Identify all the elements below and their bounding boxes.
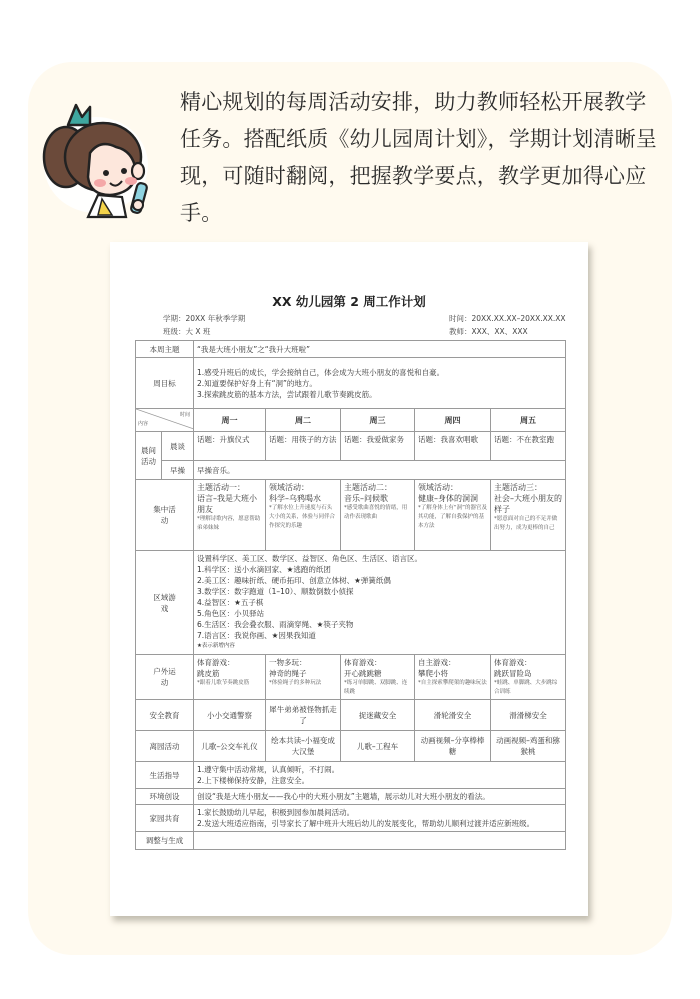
teacher-label: 教师：XXX、XX、XXX [449,325,566,338]
activity-type: 主题活动二： [344,482,411,493]
life-row: 生活指导 1.遵守集中活动常规，认真倾听，不打闹。 2.上下楼梯保持安静，注意安… [136,762,566,789]
departure-label: 离园活动 [136,731,194,762]
activity-type: 自主游戏： [418,657,487,668]
exercise-value: 早操音乐。 [194,461,566,480]
area-line: 7.语言区：我说你画、★因果我知道 [197,630,562,641]
activity-note: *感受歌曲喜悦的情绪，用动作表现歌曲 [344,504,411,522]
activity-note: *自主探索攀爬架的趣味玩法 [418,679,487,688]
focus-cell: 主题活动二：音乐–问候歌*感受歌曲喜悦的情绪，用动作表现歌曲 [341,480,415,551]
life-value: 1.遵守集中活动常规，认真倾听，不打闹。 2.上下楼梯保持安静，注意安全。 [194,762,566,789]
focus-cell: 领域活动：科学–乌鸦喝水*了解水位上升速度与石头大小的关系，体验与同伴合作探究的… [266,480,341,551]
theme-label: 本周主题 [136,341,194,358]
talk-label: 晨谈 [162,432,194,461]
activity-title: 开心跳跳糖 [344,668,411,679]
corner-cell: 时间 内容 [136,409,194,432]
day-header: 周四 [415,409,491,432]
activity-title: 跳皮筋 [197,668,262,679]
focus-cell: 领域活动：健康–身体的洞洞*了解身体上有“洞”的器官及其功能，了解自我保护的基本… [415,480,491,551]
departure-cell: 动画视频–鸡蛋和猕猴桃 [491,731,566,762]
departure-cell: 儿歌–公交车礼仪 [194,731,266,762]
goals-value: 1.感受升班后的成长，学会接纳自己，体会成为大班小朋友的喜悦和自豪。 2.知道要… [194,358,566,409]
area-row: 区域游戏 设置科学区、美工区、数学区、益智区、角色区、生活区、语言区。 1.科学… [136,551,566,655]
life-label: 生活指导 [136,762,194,789]
talk-cell: 话题：用筷子的方法 [266,432,341,461]
activity-title: 科学–乌鸦喝水 [269,493,337,504]
area-line: 5.角色区：小贝驿站 [197,608,562,619]
outdoor-label: 户外运动 [136,655,194,700]
home-value: 1.家长鼓励幼儿早起，积极到园参加晨间活动。 2.发送大班适应指南，引导家长了解… [194,805,566,832]
meta-left: 学期：20XX 年秋季学期 班级：大 X 班 [163,312,245,338]
weekly-plan-document: XX 幼儿园第 2 周工作计划 学期：20XX 年秋季学期 班级：大 X 班 时… [110,242,588,916]
activity-type: 主题活动一： [197,482,262,493]
area-line: 2.美工区：趣味折纸、硬币拓印、创意立体树、★弹簧纸偶 [197,575,562,586]
activity-note: *了解身体上有“洞”的器官及其功能，了解自我保护的基本方法 [418,504,487,531]
outdoor-cell: 体育游戏：跳跃冒险岛*蛙跳、单脚跳、大步跳综合训练 [491,655,566,700]
safety-label: 安全教育 [136,700,194,731]
area-line: 6.生活区：我会叠衣服、雨滴穿绳、★筷子夹物 [197,619,562,630]
day-header: 周三 [341,409,415,432]
home-item: 1.家长鼓励幼儿早起，积极到园参加晨间活动。 [197,807,562,818]
home-label: 家园共育 [136,805,194,832]
goal-item: 1.感受升班后的成长，学会接纳自己，体会成为大班小朋友的喜悦和自豪。 [197,367,562,378]
talk-cell: 话题：我爱做家务 [341,432,415,461]
activity-note: *练习单脚跳、双脚跳、连续跳 [344,679,411,697]
activity-type: 主题活动三： [494,482,562,493]
home-item: 2.发送大班适应指南，引导家长了解中班升大班后幼儿的发展变化，帮助幼儿顺利过渡并… [197,818,562,829]
focus-cell: 主题活动三：社会–大班小朋友的样子*愿意面对自己的不足并做出努力，成为更棒的自己 [491,480,566,551]
day-header-row: 时间 内容 周一 周二 周三 周四 周五 [136,409,566,432]
area-line: 设置科学区、美工区、数学区、益智区、角色区、生活区、语言区。 [197,553,562,564]
goals-row: 周目标 1.感受升班后的成长，学会接纳自己，体会成为大班小朋友的喜悦和自豪。 2… [136,358,566,409]
area-value: 设置科学区、美工区、数学区、益智区、角色区、生活区、语言区。 1.科学区：送小水… [194,551,566,655]
morning-talk-row: 晨间活动 晨谈 话题：升旗仪式 话题：用筷子的方法 话题：我爱做家务 话题：我喜… [136,432,566,461]
morning-label: 晨间活动 [136,432,162,480]
safety-row: 安全教育 小小交通警察 犀牛弟弟被怪物抓走了 捉迷藏安全 滑轮滑安全 滑滑梯安全 [136,700,566,731]
activity-note: *蛙跳、单脚跳、大步跳综合训练 [494,679,562,697]
safety-cell: 小小交通警察 [194,700,266,731]
outdoor-cell: 自主游戏：攀爬小将*自主探索攀爬架的趣味玩法 [415,655,491,700]
life-item: 2.上下楼梯保持安静，注意安全。 [197,775,562,786]
focus-cell: 主题活动一：语言–我是大班小朋友*理解诗歌内容，愿意帮助弟弟妹妹 [194,480,266,551]
activity-title: 健康–身体的洞洞 [418,493,487,504]
morning-exercise-row: 早操 早操音乐。 [136,461,566,480]
environment-label: 环境创设 [136,789,194,805]
life-item: 1.遵守集中活动常规，认真倾听，不打闹。 [197,764,562,775]
area-line: 1.科学区：送小水滴回家、★逃跑的纸团 [197,564,562,575]
safety-cell: 犀牛弟弟被怪物抓走了 [266,700,341,731]
activity-title: 语言–我是大班小朋友 [197,493,262,515]
adjust-row: 调整与生成 [136,832,566,850]
corner-content-label: 内容 [138,419,148,430]
activity-type: 体育游戏： [494,657,562,668]
plan-table: 本周主题 “我是大班小朋友”之“我升大班啦” 周目标 1.感受升班后的成长，学会… [135,340,566,850]
activity-note: *体验绳子的多种玩法 [269,679,337,688]
focus-row: 集中活动 主题活动一：语言–我是大班小朋友*理解诗歌内容，愿意帮助弟弟妹妹 领域… [136,480,566,551]
theme-value: “我是大班小朋友”之“我升大班啦” [194,341,566,358]
activity-type: 体育游戏： [344,657,411,668]
activity-note: *理解诗歌内容，愿意帮助弟弟妹妹 [197,515,262,533]
goal-item: 3.探索跳皮筋的基本方法，尝试跟着儿歌节奏跳皮筋。 [197,389,562,400]
outdoor-cell: 一物多玩：神奇的绳子*体验绳子的多种玩法 [266,655,341,700]
activity-title: 跳跃冒险岛 [494,668,562,679]
area-note: ★表示新增内容 [197,641,562,652]
day-header: 周二 [266,409,341,432]
activity-type: 领域活动： [269,482,337,493]
activity-title: 音乐–问候歌 [344,493,411,504]
talk-cell: 话题：升旗仪式 [194,432,266,461]
departure-cell: 绘本共读–小福变成大汉堡 [266,731,341,762]
activity-title: 攀爬小将 [418,668,487,679]
area-line: 4.益智区：★五子棋 [197,597,562,608]
activity-note: *了解水位上升速度与石头大小的关系，体验与同伴合作探究的乐趣 [269,504,337,531]
theme-row: 本周主题 “我是大班小朋友”之“我升大班啦” [136,341,566,358]
activity-title: 神奇的绳子 [269,668,337,679]
outdoor-row: 户外运动 体育游戏：跳皮筋*跟着儿歌节奏跳皮筋 一物多玩：神奇的绳子*体验绳子的… [136,655,566,700]
safety-cell: 捉迷藏安全 [341,700,415,731]
goals-label: 周目标 [136,358,194,409]
area-line: 3.数学区：数字跑道（1–10）、顺数倒数小侦探 [197,586,562,597]
safety-cell: 滑滑梯安全 [491,700,566,731]
goal-item: 2.知道要保护好身上有“洞”的地方。 [197,378,562,389]
exercise-label: 早操 [162,461,194,480]
activity-note: *愿意面对自己的不足并做出努力，成为更棒的自己 [494,515,562,533]
day-header: 周一 [194,409,266,432]
departure-row: 离园活动 儿歌–公交车礼仪 绘本共读–小福变成大汉堡 儿歌–工程车 动画视频–分… [136,731,566,762]
activity-note: *跟着儿歌节奏跳皮筋 [197,679,262,688]
activity-type: 领域活动： [418,482,487,493]
environment-row: 环境创设 创设“我是大班小朋友——我心中的大班小朋友”主题墙，展示幼儿对大班小朋… [136,789,566,805]
safety-cell: 滑轮滑安全 [415,700,491,731]
activity-type: 一物多玩： [269,657,337,668]
outdoor-cell: 体育游戏：跳皮筋*跟着儿歌节奏跳皮筋 [194,655,266,700]
semester-label: 学期：20XX 年秋季学期 [163,312,245,325]
girl-mascot-icon [38,95,163,220]
focus-label: 集中活动 [136,480,194,551]
class-label: 班级：大 X 班 [163,325,245,338]
area-label: 区域游戏 [136,551,194,655]
time-label: 时间：20XX.XX.XX–20XX.XX.XX [449,312,566,325]
meta-right: 时间：20XX.XX.XX–20XX.XX.XX 教师：XXX、XX、XXX [449,312,566,338]
activity-type: 体育游戏： [197,657,262,668]
talk-cell: 话题：不在教室跑 [491,432,566,461]
environment-value: 创设“我是大班小朋友——我心中的大班小朋友”主题墙，展示幼儿对大班小朋友的看法。 [194,789,566,805]
adjust-label: 调整与生成 [136,832,194,850]
activity-title: 社会–大班小朋友的样子 [494,493,562,515]
corner-time-label: 时间 [180,410,190,421]
intro-text: 精心规划的每周活动安排，助力教师轻松开展教学任务。搭配纸质《幼儿园周计划》，学期… [180,84,660,232]
outdoor-cell: 体育游戏：开心跳跳糖*练习单脚跳、双脚跳、连续跳 [341,655,415,700]
talk-cell: 话题：我喜欢唱歌 [415,432,491,461]
departure-cell: 动画视频–分享棒棒糖 [415,731,491,762]
home-row: 家园共育 1.家长鼓励幼儿早起，积极到园参加晨间活动。 2.发送大班适应指南，引… [136,805,566,832]
day-header: 周五 [491,409,566,432]
document-title: XX 幼儿园第 2 周工作计划 [110,292,588,310]
adjust-value [194,832,566,850]
departure-cell: 儿歌–工程车 [341,731,415,762]
